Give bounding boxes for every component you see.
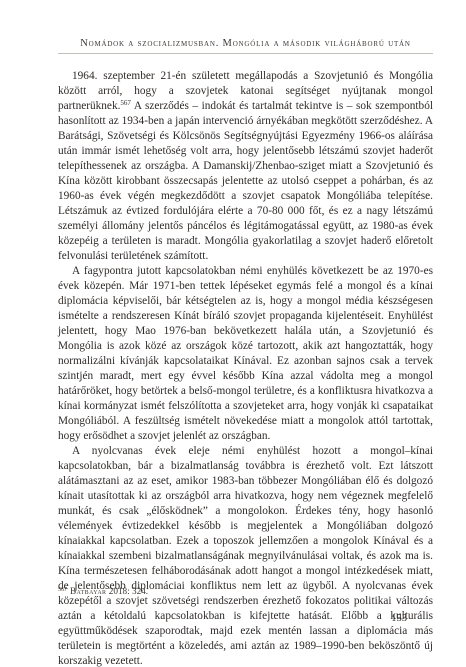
book-page: Nomádok a szocializmusban. Mongólia a má… (0, 0, 466, 667)
paragraph-2: A fagypontra jutott kapcsolatokban némi … (58, 264, 433, 444)
paragraph-1-text-after-footnote: A szerződés – indokát és tartalmát tekin… (58, 100, 433, 262)
page-number: 153 (391, 613, 407, 624)
footnote-number: 567 (58, 587, 67, 593)
footnote-author: Batbayar (70, 586, 106, 596)
body-text: 1964. szeptember 21-én született megálla… (58, 69, 433, 667)
page-content: Nomádok a szocializmusban. Mongólia a má… (58, 38, 433, 667)
running-header: Nomádok a szocializmusban. Mongólia a má… (58, 38, 433, 54)
paragraph-1: 1964. szeptember 21-én született megálla… (58, 69, 433, 264)
paragraph-3: A nyolcvanas évek eleje némi enyhülést h… (58, 444, 433, 667)
footnote-citation: 2018: 324. (106, 586, 148, 596)
footnote: 567Batbayar 2018: 324. (58, 585, 433, 597)
footnote-reference-marker: 567 (120, 99, 131, 107)
